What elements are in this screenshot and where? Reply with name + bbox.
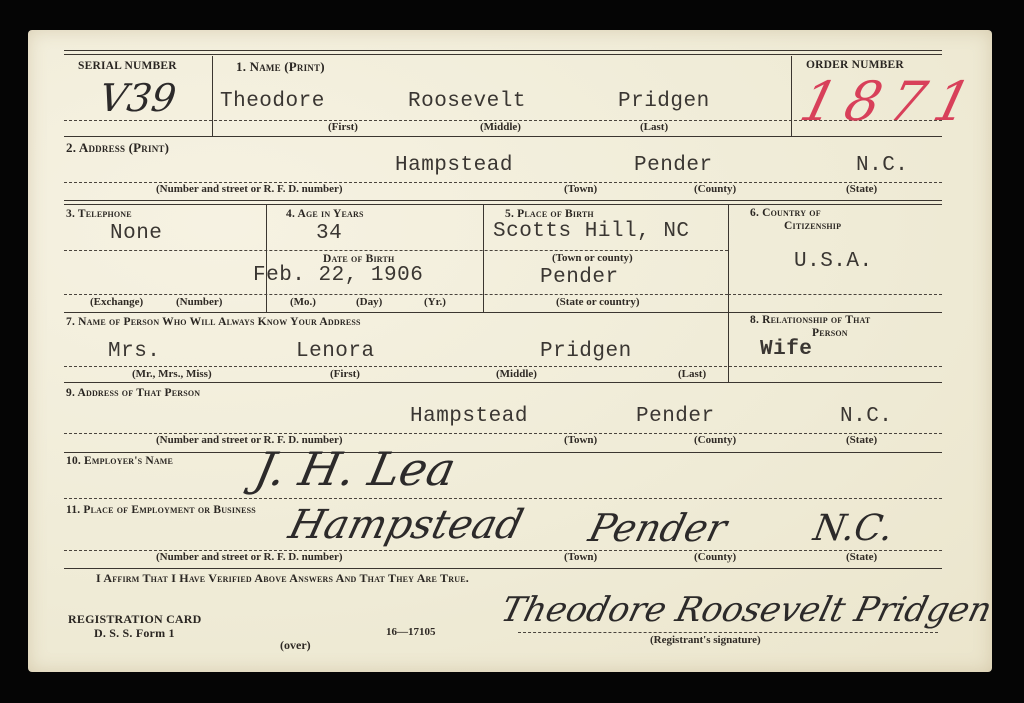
- employment-county: Pender: [585, 506, 732, 550]
- order-divider: [791, 56, 792, 136]
- row4-bottom-rule: [64, 382, 942, 383]
- telephone-number-caption: (Number): [176, 296, 222, 308]
- contact-county-caption: (County): [694, 434, 736, 446]
- employer-value: J. H. Lea: [250, 442, 460, 496]
- birthplace-state-caption: (State or country): [556, 296, 640, 308]
- employment-town-caption: (Town): [564, 551, 597, 563]
- address-state-caption: (State): [846, 183, 877, 195]
- address-county-caption: (County): [694, 183, 736, 195]
- citizenship-divider: [728, 204, 729, 382]
- contact-last-caption: (Last): [678, 368, 706, 380]
- serial-number-value: V39: [97, 76, 179, 120]
- age-value: 34: [316, 222, 342, 245]
- age-label: 4. Age in Years: [286, 208, 364, 220]
- name-middle: Roosevelt: [408, 90, 526, 113]
- registration-card: SERIAL NUMBER V39 1. Name (Print) Theodo…: [28, 30, 992, 672]
- address-street-caption: (Number and street or R. F. D. number): [156, 183, 343, 195]
- relationship-label-2: Person: [812, 327, 848, 339]
- dob-day-caption: (Day): [356, 296, 382, 308]
- citizenship-value: U.S.A.: [794, 250, 873, 273]
- print-code: 16—17105: [386, 626, 436, 638]
- address-town-caption: (Town): [564, 183, 597, 195]
- affirmation-text: I Affirm That I Have Verified Above Answ…: [96, 571, 469, 586]
- serial-divider: [212, 56, 213, 136]
- name-last: Pridgen: [618, 90, 710, 113]
- row3-dashline: [64, 250, 728, 251]
- address-county: Pender: [634, 154, 713, 177]
- address-state: N.C.: [856, 154, 908, 177]
- contact-first-caption: (First): [330, 368, 360, 380]
- over-note: (over): [280, 638, 311, 653]
- employment-county-caption: (County): [694, 551, 736, 563]
- address-town: Hampstead: [395, 154, 513, 177]
- contact-title-caption: (Mr., Mrs., Miss): [132, 368, 212, 380]
- row3-dashline-2: [64, 294, 728, 295]
- employer-dashline: [64, 498, 942, 499]
- name-label: 1. Name (Print): [236, 59, 325, 75]
- row1-bottom-rule: [64, 136, 942, 137]
- row2-bottom-rule: [64, 200, 942, 201]
- telephone-exchange-caption: (Exchange): [90, 296, 143, 308]
- employer-label: 10. Employer's Name: [66, 455, 173, 467]
- contact-person-middle: Pridgen: [540, 340, 632, 363]
- order-number-value: 1871: [794, 70, 987, 133]
- birthplace-label: 5. Place of Birth: [505, 208, 594, 220]
- row3-bottom-rule: [64, 312, 942, 313]
- relationship-value: Wife: [760, 338, 812, 361]
- contact-person-label: 7. Name of Person Who Will Always Know Y…: [66, 316, 361, 328]
- form-number: D. S. S. Form 1: [94, 626, 175, 641]
- employment-place-label: 11. Place of Employment or Business: [66, 504, 256, 516]
- dob-mo-caption: (Mo.): [290, 296, 316, 308]
- registrant-signature: Theodore Roosevelt Pridgen: [497, 590, 996, 630]
- contact-person-first: Lenora: [296, 340, 375, 363]
- top-rule: [64, 50, 942, 51]
- age-divider: [266, 204, 267, 312]
- citizenship-label-2: Citizenship: [784, 220, 841, 232]
- employment-state: N.C.: [810, 508, 896, 549]
- birthplace-state: Pender: [540, 266, 619, 289]
- contact-person-title: Mrs.: [108, 340, 160, 363]
- row2-bottom-rule-2: [64, 204, 942, 205]
- dob-value: Feb. 22, 1906: [253, 264, 423, 287]
- contact-town-caption: (Town): [564, 434, 597, 446]
- card-title: REGISTRATION CARD: [68, 612, 202, 627]
- signature-dashline: [518, 632, 938, 633]
- address-label: 2. Address (Print): [66, 140, 169, 156]
- contact-address-county: Pender: [636, 405, 715, 428]
- serial-number-label: SERIAL NUMBER: [78, 60, 177, 72]
- relationship-label: 8. Relationship of That: [750, 314, 870, 326]
- employment-town: Hampstead: [284, 502, 527, 548]
- contact-dashline: [64, 366, 942, 367]
- birthplace-town: Scotts Hill, NC: [493, 220, 690, 243]
- telephone-value: None: [110, 222, 162, 245]
- name-first-caption: (First): [328, 121, 358, 133]
- birthplace-divider: [483, 204, 484, 312]
- contact-address-state: N.C.: [840, 405, 892, 428]
- dob-yr-caption: (Yr.): [424, 296, 446, 308]
- birthplace-town-caption: (Town or county): [552, 252, 633, 264]
- name-last-caption: (Last): [640, 121, 668, 133]
- employment-street-caption: (Number and street or R. F. D. number): [156, 551, 343, 563]
- signature-caption: (Registrant's signature): [650, 634, 761, 646]
- name-middle-caption: (Middle): [480, 121, 521, 133]
- row7-bottom-rule: [64, 568, 942, 569]
- telephone-label: 3. Telephone: [66, 208, 132, 220]
- name-first: Theodore: [220, 90, 325, 113]
- citizenship-label: 6. Country of: [750, 207, 821, 219]
- contact-middle-caption: (Middle): [496, 368, 537, 380]
- contact-state-caption: (State): [846, 434, 877, 446]
- row5-bottom-rule: [64, 452, 942, 453]
- employment-state-caption: (State): [846, 551, 877, 563]
- contact-address-label: 9. Address of That Person: [66, 387, 200, 399]
- citizenship-dashline: [728, 294, 942, 295]
- contact-address-town: Hampstead: [410, 405, 528, 428]
- top-rule-2: [64, 54, 942, 55]
